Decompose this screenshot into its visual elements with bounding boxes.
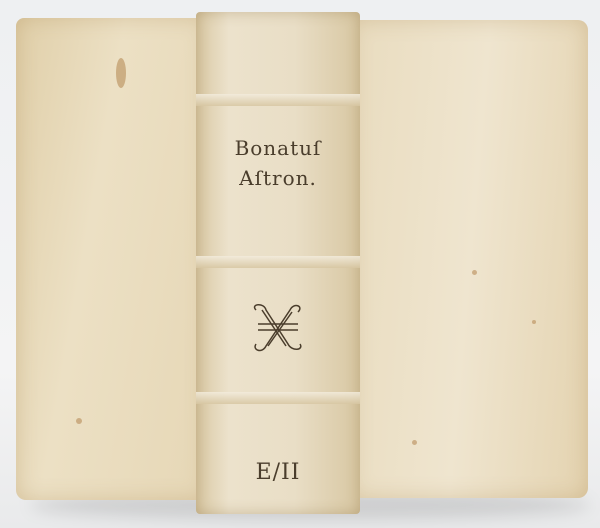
stain (116, 58, 126, 88)
spine-shelfmark: E/II (196, 460, 360, 485)
stain (472, 270, 477, 275)
stain (532, 320, 536, 324)
spine-title-line2: Aſtron. (196, 166, 360, 190)
spine-band (196, 256, 360, 268)
front-cover (16, 18, 206, 500)
spine-band (196, 392, 360, 404)
stain (412, 440, 417, 445)
stain (76, 418, 82, 424)
spine-title-line1: Bonatuſ (196, 136, 360, 160)
book-spine: Bonatuſ Aſtron. E/II (196, 12, 360, 514)
back-cover (352, 20, 588, 498)
knotwork-ornament-icon (248, 300, 308, 360)
spine-band (196, 94, 360, 106)
